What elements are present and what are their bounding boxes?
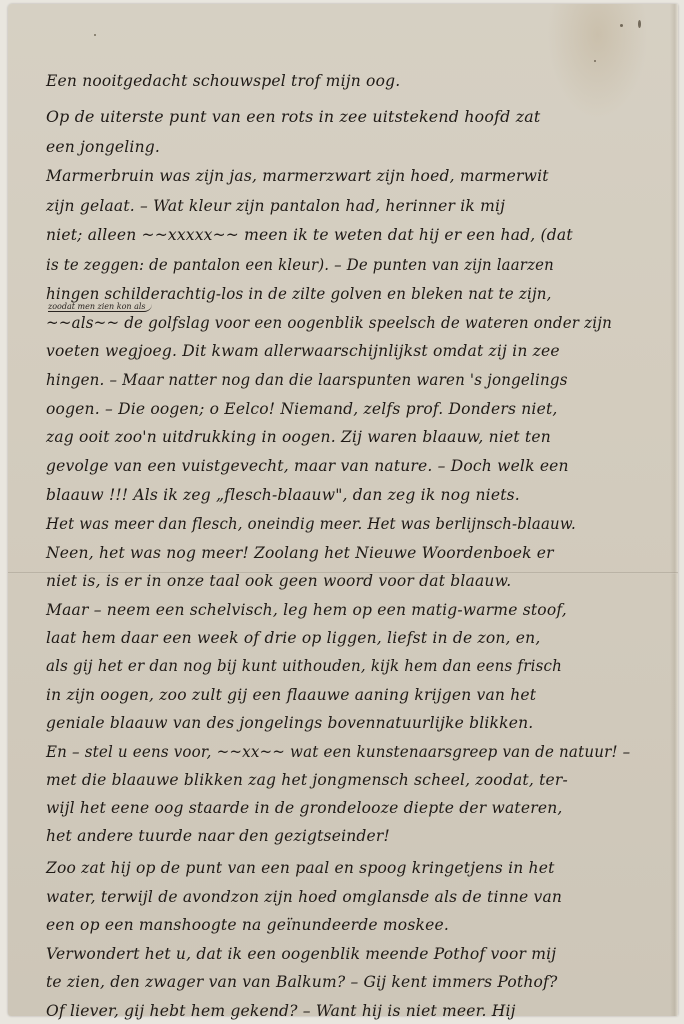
text-line: gevolge van een vuistgevecht, maar van n… — [46, 457, 569, 475]
text-line: Op de uiterste punt van een rots in zee … — [46, 108, 540, 126]
text-line: in zijn oogen, zoo zult gij een flaauwe … — [46, 686, 536, 704]
text-line: met die blaauwe blikken zag het jongmens… — [46, 771, 568, 789]
text-line: Neen, het was nog meer! Zoolang het Nieu… — [46, 544, 554, 562]
text-line: En – stel u eens voor, ~~xx~~ wat een ku… — [46, 743, 630, 761]
text-line: wijl het eene oog staarde in de grondelo… — [46, 799, 563, 817]
text-line: Het was meer dan flesch, oneindig meer. … — [46, 515, 576, 533]
text-line: oogen. – Die oogen; o Eelco! Niemand, ze… — [46, 400, 558, 418]
text-line: ~~als~~ de golfslag voor een oogenblik s… — [46, 314, 612, 332]
text-line: niet; alleen ~~xxxxx~~ meen ik te weten … — [46, 226, 573, 244]
text-line: een jongeling. — [46, 138, 160, 156]
interlinear-annotation: zoodat men zien kon als — [48, 302, 152, 312]
text-line: als gij het er dan nog bij kunt uithoude… — [46, 657, 562, 675]
text-line: het andere tuurde naar den gezigtseinder… — [46, 827, 390, 845]
text-line: Maar – neem een schelvisch, leg hem op e… — [46, 601, 567, 619]
text-line: water, terwijl de avondzon zijn hoed omg… — [46, 888, 562, 906]
text-line: Of liever, gij hebt hem gekend? – Want h… — [46, 1002, 516, 1020]
text-line: niet is, is er in onze taal ook geen woo… — [46, 572, 511, 590]
text-line: een op een manshoogte na geïnundeerde mo… — [46, 916, 449, 934]
text-line: Verwondert het u, dat ik een oogenblik m… — [46, 945, 556, 963]
text-line: te zien, den zwager van van Balkum? – Gi… — [46, 973, 557, 991]
manuscript-page: Een nooitgedacht schouwspel trof mijn oo… — [8, 4, 678, 1016]
text-line: Zoo zat hij op de punt van een paal en s… — [46, 859, 555, 877]
ink-spot — [594, 60, 596, 62]
text-line: hingen. – Maar natter nog dan die laarsp… — [46, 371, 568, 389]
text-line: is te zeggen: de pantalon een kleur). – … — [46, 256, 554, 274]
text-line: blaauw !!! Als ik zeg „flesch-blaauw", d… — [46, 486, 520, 504]
text-line: hingen schilderachtig-los in de zilte go… — [46, 285, 552, 303]
ink-spot — [94, 34, 96, 36]
text-line: Marmerbruin was zijn jas, marmerzwart zi… — [46, 167, 549, 185]
ink-spot — [620, 24, 623, 27]
text-line: zag ooit zoo'n uitdrukking in oogen. Zij… — [46, 428, 551, 446]
text-line: zijn gelaat. – Wat kleur zijn pantalon h… — [46, 197, 505, 215]
text-line: geniale blaauw van des jongelings bovenn… — [46, 714, 533, 732]
page-edge — [670, 4, 678, 1016]
text-line: voeten wegjoeg. Dit kwam allerwaarschijn… — [46, 342, 560, 360]
ink-spot — [638, 20, 641, 28]
text-line: laat hem daar een week of drie op liggen… — [46, 629, 540, 647]
text-line: Een nooitgedacht schouwspel trof mijn oo… — [46, 72, 400, 90]
